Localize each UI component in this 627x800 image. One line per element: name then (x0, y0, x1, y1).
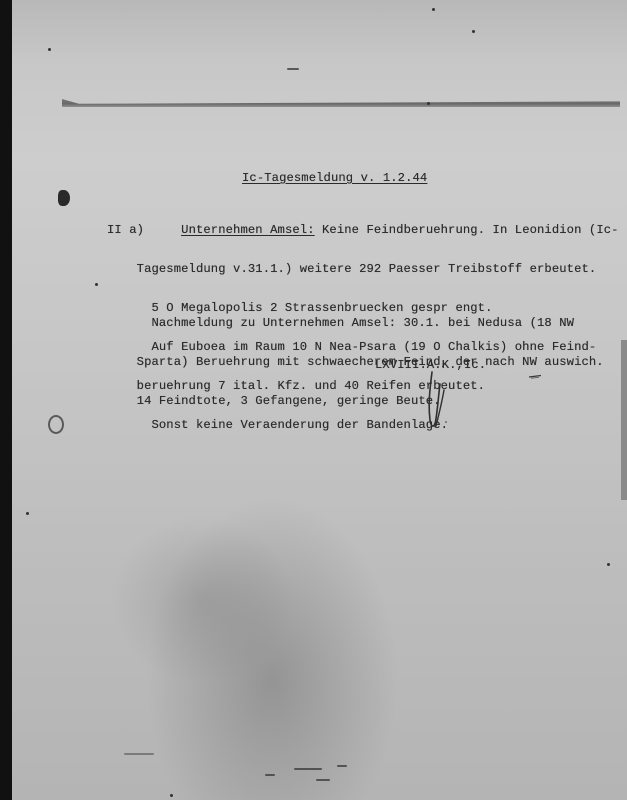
dust-speck (48, 48, 51, 51)
dust-speck (95, 283, 98, 286)
report-line: Tagesmeldung v.31.1.) weitere 292 Paesse… (107, 263, 619, 276)
late-report: Nachmeldung zu Unternehmen Amsel: 30.1. … (107, 291, 604, 434)
report-line: II a) Unternehmen Amsel: Keine Feindberu… (107, 224, 619, 237)
handwritten-signature (422, 370, 452, 430)
report-text: Tagesmeldung v.31.1.) weitere 292 Paesse… (137, 262, 597, 276)
report-text: Nachmeldung zu Unternehmen Amsel: 30.1. … (151, 316, 574, 330)
dust-speck (472, 30, 475, 33)
ink-smudge (287, 68, 299, 70)
operation-name: Unternehmen Amsel: (181, 223, 314, 237)
report-text: Keine Feindberuehrung. In Leonidion (Ic- (315, 223, 619, 237)
dust-speck (427, 102, 430, 105)
pencil-mark (528, 374, 542, 379)
punch-hole-ring (48, 415, 64, 434)
dust-speck (607, 563, 610, 566)
ink-smudge (294, 768, 322, 770)
section-label: II a) (107, 223, 144, 237)
ink-smudge (337, 765, 347, 767)
report-text: Sparta) Beruehrung mit schwaecherem Fein… (137, 355, 604, 369)
page-fold-shadow (62, 99, 620, 107)
report-line: Nachmeldung zu Unternehmen Amsel: 30.1. … (107, 317, 604, 330)
dust-speck (26, 512, 29, 515)
punch-hole-mark (58, 190, 70, 206)
ink-smudge (124, 753, 154, 755)
overlapping-page-edge (12, 0, 627, 100)
report-text: 14 Feindtote, 3 Gefangene, geringe Beute… (137, 394, 441, 408)
dust-speck (432, 8, 435, 11)
ink-smudge (265, 774, 275, 776)
report-line: Sparta) Beruehrung mit schwaecherem Fein… (107, 356, 604, 369)
paper-page: Ic-Tagesmeldung v. 1.2.44 II a) Unterneh… (12, 0, 627, 800)
ink-smudge (316, 779, 330, 781)
right-edge-shadow (621, 340, 627, 500)
report-heading: Ic-Tagesmeldung v. 1.2.44 (242, 172, 427, 185)
dust-speck (170, 794, 173, 797)
scanned-document: Ic-Tagesmeldung v. 1.2.44 II a) Unterneh… (0, 0, 627, 800)
report-line: 14 Feindtote, 3 Gefangene, geringe Beute… (107, 395, 604, 408)
